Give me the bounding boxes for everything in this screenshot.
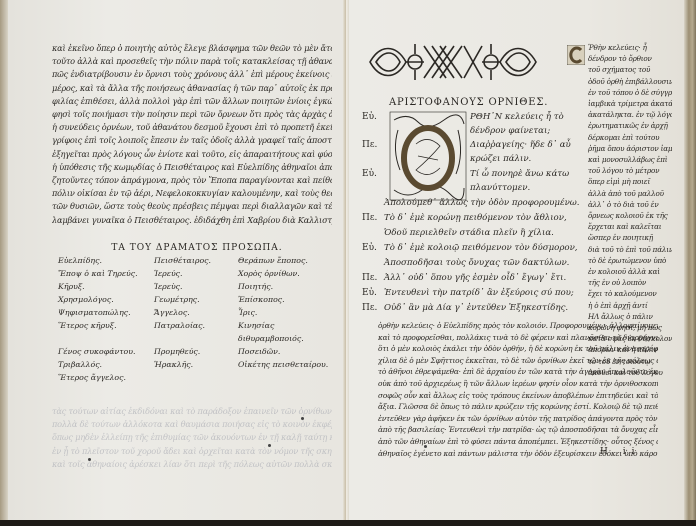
paper-speck [301,417,304,420]
persona: Χορὸς ὀρνίθων. [238,267,338,280]
persona: Ἡρακλῆς. [154,358,238,371]
speaker-label: Εὐ. [362,169,377,179]
text-line: ὅπως μηδὲν ἐλλείπῃ τῆς ἐπιθυμίας τῶν ἀκο… [52,431,332,444]
text-line: ἀλλ᾿ ὁ τὸ διὰ τοῦ ἐν [588,199,672,210]
text-line: ὅπερ εἰμὶ μὴ ποιεῖ [588,176,672,187]
text-line: ἀκούει καὶ τοῦ λόγου [588,367,672,378]
verse-line: Τὸ δ᾿ ἐμὲ κολοιῷ πειθόμενον τὸν δύσμορον… [384,243,578,253]
verse-line: Ἀποσποδῆσαι τοὺς ὄνυχας τῶν δακτύλων. [384,258,569,268]
text-line: τοῦ λόγου τὸ μέτρον [588,165,672,176]
persona: Ἔποψ ὁ καὶ Τηρεύς. [58,267,154,280]
text-line: ἔρχεται καὶ καλεῖται [588,221,672,232]
text-line: ὄρνεως κολοιοῦ ἐκ τῆς [588,210,672,221]
text-line: ἐρωτηματικῶς ἐν ἀρχῇ [588,120,672,131]
text-line: ἐν κολοιοῦ ἀλλὰ καὶ [588,266,672,277]
speaker-label: Πε. [362,213,377,223]
persona: Ἱερεύς. [154,267,238,280]
text-line: ἀπὸ τῆς βασιλείας· Ἐντευθενὶ τὴν πατρίδα… [378,424,658,436]
persona: Θεράπων ἔποπος. [238,254,338,267]
verse-line: Διαῤῥαγείης· ἥδε δ᾿ αὖ [470,140,571,150]
text-line: γρίφοις ἐπὶ τοῖς λοιποῖς ἔπεσιν ἐν ταῖς … [52,134,332,147]
speaker-label: Πε. [362,140,377,150]
text-line: καὶ μονοσυλλάβως ἐπὶ [588,154,672,165]
marginal-scholia: Ῥθὴν κελεύεις· ἧ δένδρον τὸ ὄρθιον τοῦ σ… [588,42,672,378]
speaker-label: Πε. [362,303,377,313]
text-line: κορώνη φησί, μὴ πως [588,322,672,333]
book-spread: καὶ ἐκεῖνο ὅπερ ὁ ποιητὴς αὐτὸς ἔλεγε βλ… [0,0,696,522]
text-line: φησὶ τοῖς ποιήμασι τὴν ποίησιν περὶ τῶν … [52,108,332,121]
verse-line: Ἐντευθενὶ τὴν πατρίδ᾿ ἂν ἐξεύροις σύ που… [384,288,574,298]
text-line: οὐκ ἀπὸ τοῦ ἀρχιερέως ἢ τῶν ἄλλων ἰερέων… [378,378,658,390]
text-line: ἐντεῦθεν γὰρ ἀφῆκεν ἐκ τῶν ὀρνίθων αὐτὸν… [378,413,658,425]
text-line: τοῦ σχήματος τοῦ [588,64,672,75]
text-line: πόλιν οἰκίσαι ἐν τῷ ἀέρι, Νεφελοκοκκυγία… [52,187,332,200]
persona: Κῆρυξ. [58,280,154,293]
text-line: ΗΛ ἄλλως ὁ πάλιν [588,311,672,322]
left-page-edge [0,0,8,522]
persona: Κινησίας διθυραμβοποιός. [238,319,338,345]
verse-line: Οὐδ᾿ ἂν μὰ Δία γ᾿ ἐντεῦθεν Ἐξηκεστίδης. [384,303,568,313]
text-line: φιλίας ἐπιθέσει, ἀλλὰ πολλοὶ γὰρ ἐπὶ τῶν… [52,95,332,108]
dramatis-personae-list: Εὐελπίδης. Πεισθέταιρος. Θεράπων ἔποπος.… [58,254,338,384]
persona: Προμηθεύς. [154,345,238,358]
text-line: σοφῶς οὖν καὶ ἄλλως εἰς τοὺς τρόπους ἐκε… [378,390,658,402]
persona: Χρησμολόγος. [58,293,154,306]
verse-line: πλανύττομεν. [470,183,530,193]
speaker-label: Εὐ. [362,243,377,253]
persona: Πατραλοίας. [154,319,238,345]
text-line: ἰαμβικὰ τρίμετρα ἀκατάληκτα [588,98,672,109]
text-line: ἄξια. Γλῶσσα δὲ ὅπως τὸ πάλιν κρώζειν τῆ… [378,401,658,413]
text-line: δέρκομαι ἐπὶ τούτου [588,132,672,143]
text-line: ῥῆμα ὅπου ἀόριστον ἰαμβικόν [588,143,672,154]
persona: Πεισθέταιρος. [154,254,238,267]
left-page-body-text: καὶ ἐκεῖνο ὅπερ ὁ ποιητὴς αὐτὸς ἔλεγε βλ… [52,42,332,227]
persona: Ποσειδῶν. [238,345,338,358]
persona: Γένος συκοφάντου. [58,345,154,358]
text-line: ἀπὸ τῶν ἀθηναίων ἐπὶ τὸ φύσει πάντα ἀποπ… [378,436,658,448]
text-line: ἡ ὁ ἐπὶ ἀρχῇ ἀντί [588,300,672,311]
persona: Τριβαλλός. [58,358,154,371]
verse-line: Ὁδοῦ περιελθεῖν στάδια πλεῖν ἢ χίλια. [384,228,554,238]
text-line: ὁδοῦ ὀρθὴ ἐπιβάλλουσιν ἔχει [588,76,672,87]
verse-line: Ἀπολούμεθ᾿ ἄλλως τὴν ὁδὸν προφορουμένω. [384,198,580,208]
speaker-label: Εὐ. [362,288,377,298]
text-line: ἔχει τὸ καλούμενον [588,288,672,299]
text-line: καὶ ἐκεῖνο ὅπερ ὁ ποιητὴς αὐτὸς ἔλεγε βλ… [52,42,332,55]
verse-line: Ἀλλ᾿ οὐδ᾿ ὅπου γῆς ἐσμὲν οἶδ᾿ ἔγωγ᾿ ἔτι. [384,273,566,283]
text-line: κατὰ σφᾶς ἐκ δύσκολον [588,333,672,344]
persona: Ἕτερος κῆρυξ. [58,319,154,345]
text-line: λαμβάνει γυναῖκα ὁ Πεισθέταιρος. ἐδιδάχθ… [52,214,332,227]
text-line: ἐν ᾗ τὸ πλεῖστον τοῦ χοροῦ ἄδει καὶ ὀρχε… [52,445,332,458]
text-line: ζητοῦντες τόπον ἀπράγμονα, πρὸς τὸν Ἔποπ… [52,174,332,187]
persona: Ἄγγελος. [154,306,238,319]
text-line: ἀπόρων καὶ ἡ πάλιν [588,344,672,355]
speaker-label: Πε. [362,273,377,283]
persona: Ἕτερος ἄγγελος. [58,371,154,384]
small-decorated-initial-icon [567,45,585,65]
text-line: μέρος, καὶ τὰ ἄλλα τῆς ποιήσεως ἀθανασία… [52,82,332,95]
decorated-initial-icon [388,110,468,202]
persona: Ἶρις. [238,306,338,319]
text-line: ἐν τοῦ τόπου ὁ δὲ σύγγραφος [588,87,672,98]
paper-speck [424,445,427,448]
text-line: τὸ δὲ ἐρωτώμενον ὑπὸ [588,255,672,266]
text-line: τῆς ἑν οὐ λοιπὸν [588,277,672,288]
paper-speck [268,444,271,447]
text-line: ἀλλὰ ἀπὸ τοῦ μαλλοῦ [588,188,672,199]
text-line: πῶς ἐνδιατρίβουσιν ἐν ὄρνισι τοὺς χρόνου… [52,68,332,81]
verse-line: Τί ὦ πονηρὲ ἄνω κάτω [470,169,569,179]
persona: Ἐπίσκοπος. [238,293,338,306]
persona: Ἱερεὺς. [154,280,238,293]
text-line: τῶν θυσιῶν, ὥστε τοὺς θεοὺς πρέσβεις πέμ… [52,200,332,213]
paper-speck [88,458,91,461]
text-line: διὰ τοῦ τὸ ἐπὶ τοῦ πάλιν [588,244,672,255]
text-line: καὶ τοῖς ἀθηναίοις ἀρέσκει λίαν ὅτι περὶ… [52,458,332,471]
persona: Ψηφισματοπώλης. [58,306,154,319]
text-line: ἡ ὑπόθεσις τῆς κωμῳδίας ὁ Πεισθέταιρος κ… [52,161,332,174]
verse-line: δένδρον φαίνεται; [470,126,550,136]
right-page-edge [684,0,696,522]
verse-line: κρώζει πάλιν. [470,154,531,164]
show-through-text: τὰς τούτων αἰτίας ἐκδιδόναι καὶ τὸ παράδ… [52,405,332,471]
text-line: δένδρον τὸ ὄρθιον [588,53,672,64]
persona: Ποιητής. [238,280,338,293]
text-line: ἀκατάληκτα. ἐν τῷ λόγῳ [588,109,672,120]
text-line: ἡ συνεύδεις ὀρνέων, τοῦ ἀθανάτου δεσμοῦ … [52,121,332,134]
persona: Εὐελπίδης. [58,254,154,267]
play-title: ΑΡΙΣΤΟΦΑΝΟΥΣ ΟΡΝΙΘΕΣ. [389,97,548,108]
text-line: ἐξηγεῖται πρὸς λόγους ὧν ἐνίοτε καὶ τοῦτ… [52,148,332,161]
text-line: τὰς τούτων αἰτίας ἐκδιδόναι καὶ τὸ παράδ… [52,405,332,418]
dramatis-personae-heading: ΤΑ ΤΟΥ ΔΡΑΜΑΤΟΣ ΠΡΟΣΩΠΑ. [82,243,312,253]
verse-line: ΡΘΗ᾿Ν κελεύεις ἧ τὸ [470,112,564,122]
persona: Γεωμέτρης. [154,293,238,306]
text-line: Ῥθὴν κελεύεις· ἧ [588,42,672,53]
text-line: τοῦτο ἀλλὰ καὶ προσεθεῖς τὴν πόλιν παρὰ … [52,55,332,68]
knotwork-headpiece-icon [366,40,540,84]
text-line: τὸ τοῦ ἐν τοιούτῳ [588,356,672,367]
text-line: ὥσπερ ἐν ποιητικῇ [588,232,672,243]
persona: Οἰκέτης πεισθεταίρου. [238,358,338,371]
verse-line: Τὸ δ᾿ ἐμὲ κορώνῃ πειθόμενον τὸν ἄθλιον, [384,213,567,223]
speaker-label: Εὐ. [362,112,377,122]
scan-background [0,520,696,526]
printer-signature: H ii [600,447,640,457]
text-line: πολλὰ δὲ τούτων ἀλλόκοτα καὶ θαυμάσια πο… [52,418,332,431]
